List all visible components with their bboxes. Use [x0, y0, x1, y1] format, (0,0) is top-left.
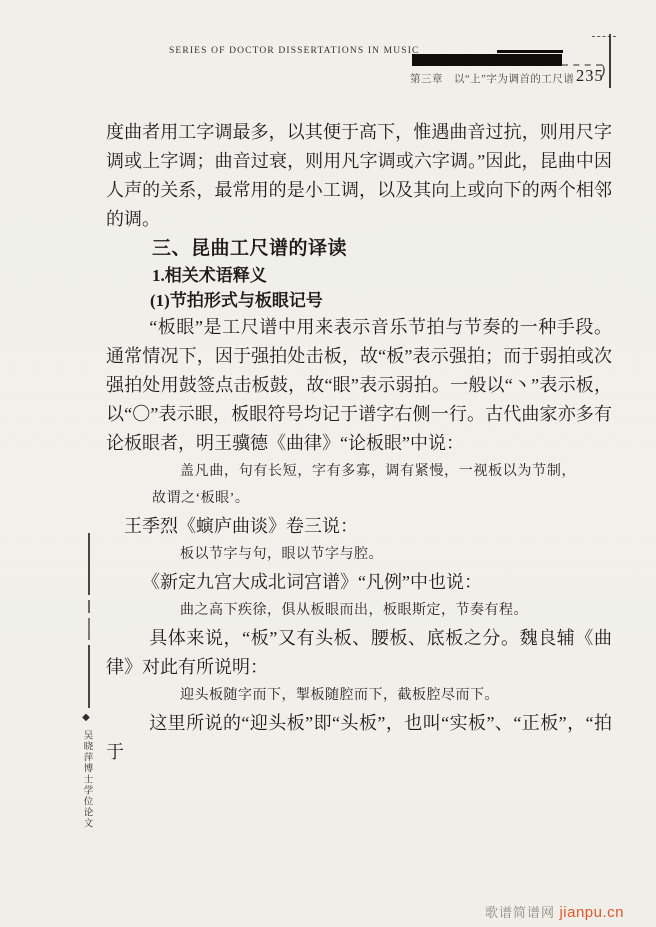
series-title: SERIES OF DOCTOR DISSERTATIONS IN MUSIC	[169, 46, 420, 56]
paragraph-tone-selection: 度曲者用工字调最多，以其便于高下，惟遇曲音过抗，则用尺字调或上字调；曲音过衰，则…	[106, 118, 612, 234]
margin-crease-line	[88, 533, 90, 595]
paragraph-wangjilie-intro: 王季烈《螾庐曲谈》卷三说：	[106, 512, 612, 541]
section-heading: 三、昆曲工尺谱的译读	[106, 234, 612, 263]
paragraph-yingtouban: 这里所说的“迎头板”即“头板”，也叫“实板”、“正板”，“拍于	[106, 709, 612, 767]
corner-vertical-rule	[609, 34, 611, 88]
header-bar-topline	[497, 50, 563, 53]
diamond-icon: ◆	[82, 712, 90, 724]
sidebar-note-text: 吴晓萍博士学位论文	[80, 730, 93, 829]
corner-dashed-mark	[592, 36, 616, 37]
paragraph-banyan-intro: “板眼”是工尺谱中用来表示音乐节拍与节奏的一种手段。通常情况下，因于强拍处击板，…	[106, 313, 612, 458]
blockquote-wangjilie: 板以节字与句，眼以节字与腔。	[106, 541, 576, 568]
margin-crease-line	[88, 618, 90, 640]
page-number-bracket: )	[599, 62, 606, 80]
blockquote-weiliangfu: 迎头板随字而下，掣板随腔而下，截板腔尽而下。	[106, 682, 576, 709]
blockquote-jiugong: 曲之高下疾徐，俱从板眼而出，板眼斯定，节奏有程。	[106, 597, 576, 624]
watermark-site-url: jianpu.cn	[559, 904, 624, 921]
sidebar-note: ◆ 吴晓萍博士学位论文	[76, 712, 96, 829]
margin-crease-line	[88, 600, 90, 613]
scanned-book-page: SERIES OF DOCTOR DISSERTATIONS IN MUSIC …	[0, 0, 656, 927]
blockquote-wangjide: 盖凡曲，句有长短，字有多寡，调有紧慢，一视板以为节制，故谓之‘板眼’。	[106, 458, 576, 512]
paragraph-ban-types: 具体来说，“板”又有头板、腰板、底板之分。魏良辅《曲律》对此有所说明：	[106, 624, 612, 682]
subsection-heading-terms: 1.相关术语释义	[106, 263, 612, 289]
margin-crease-line	[88, 645, 90, 708]
watermark-site-name: 歌谱简谱网	[485, 905, 555, 920]
watermark: 歌谱简谱网 jianpu.cn	[485, 902, 624, 922]
paragraph-jiugong-intro: 《新定九宫大成北词宫谱》“凡例”中也说：	[106, 568, 612, 597]
chapter-title: 第三章 以“上”字为调首的工尺谱	[410, 71, 560, 86]
subsection-heading-banyan: (1)节拍形式与板眼记号	[106, 289, 612, 313]
main-text-column: 度曲者用工字调最多，以其便于高下，惟遇曲音过抗，则用尺字调或上字调；曲音过衰，则…	[106, 118, 612, 767]
header-black-bar	[412, 54, 562, 66]
